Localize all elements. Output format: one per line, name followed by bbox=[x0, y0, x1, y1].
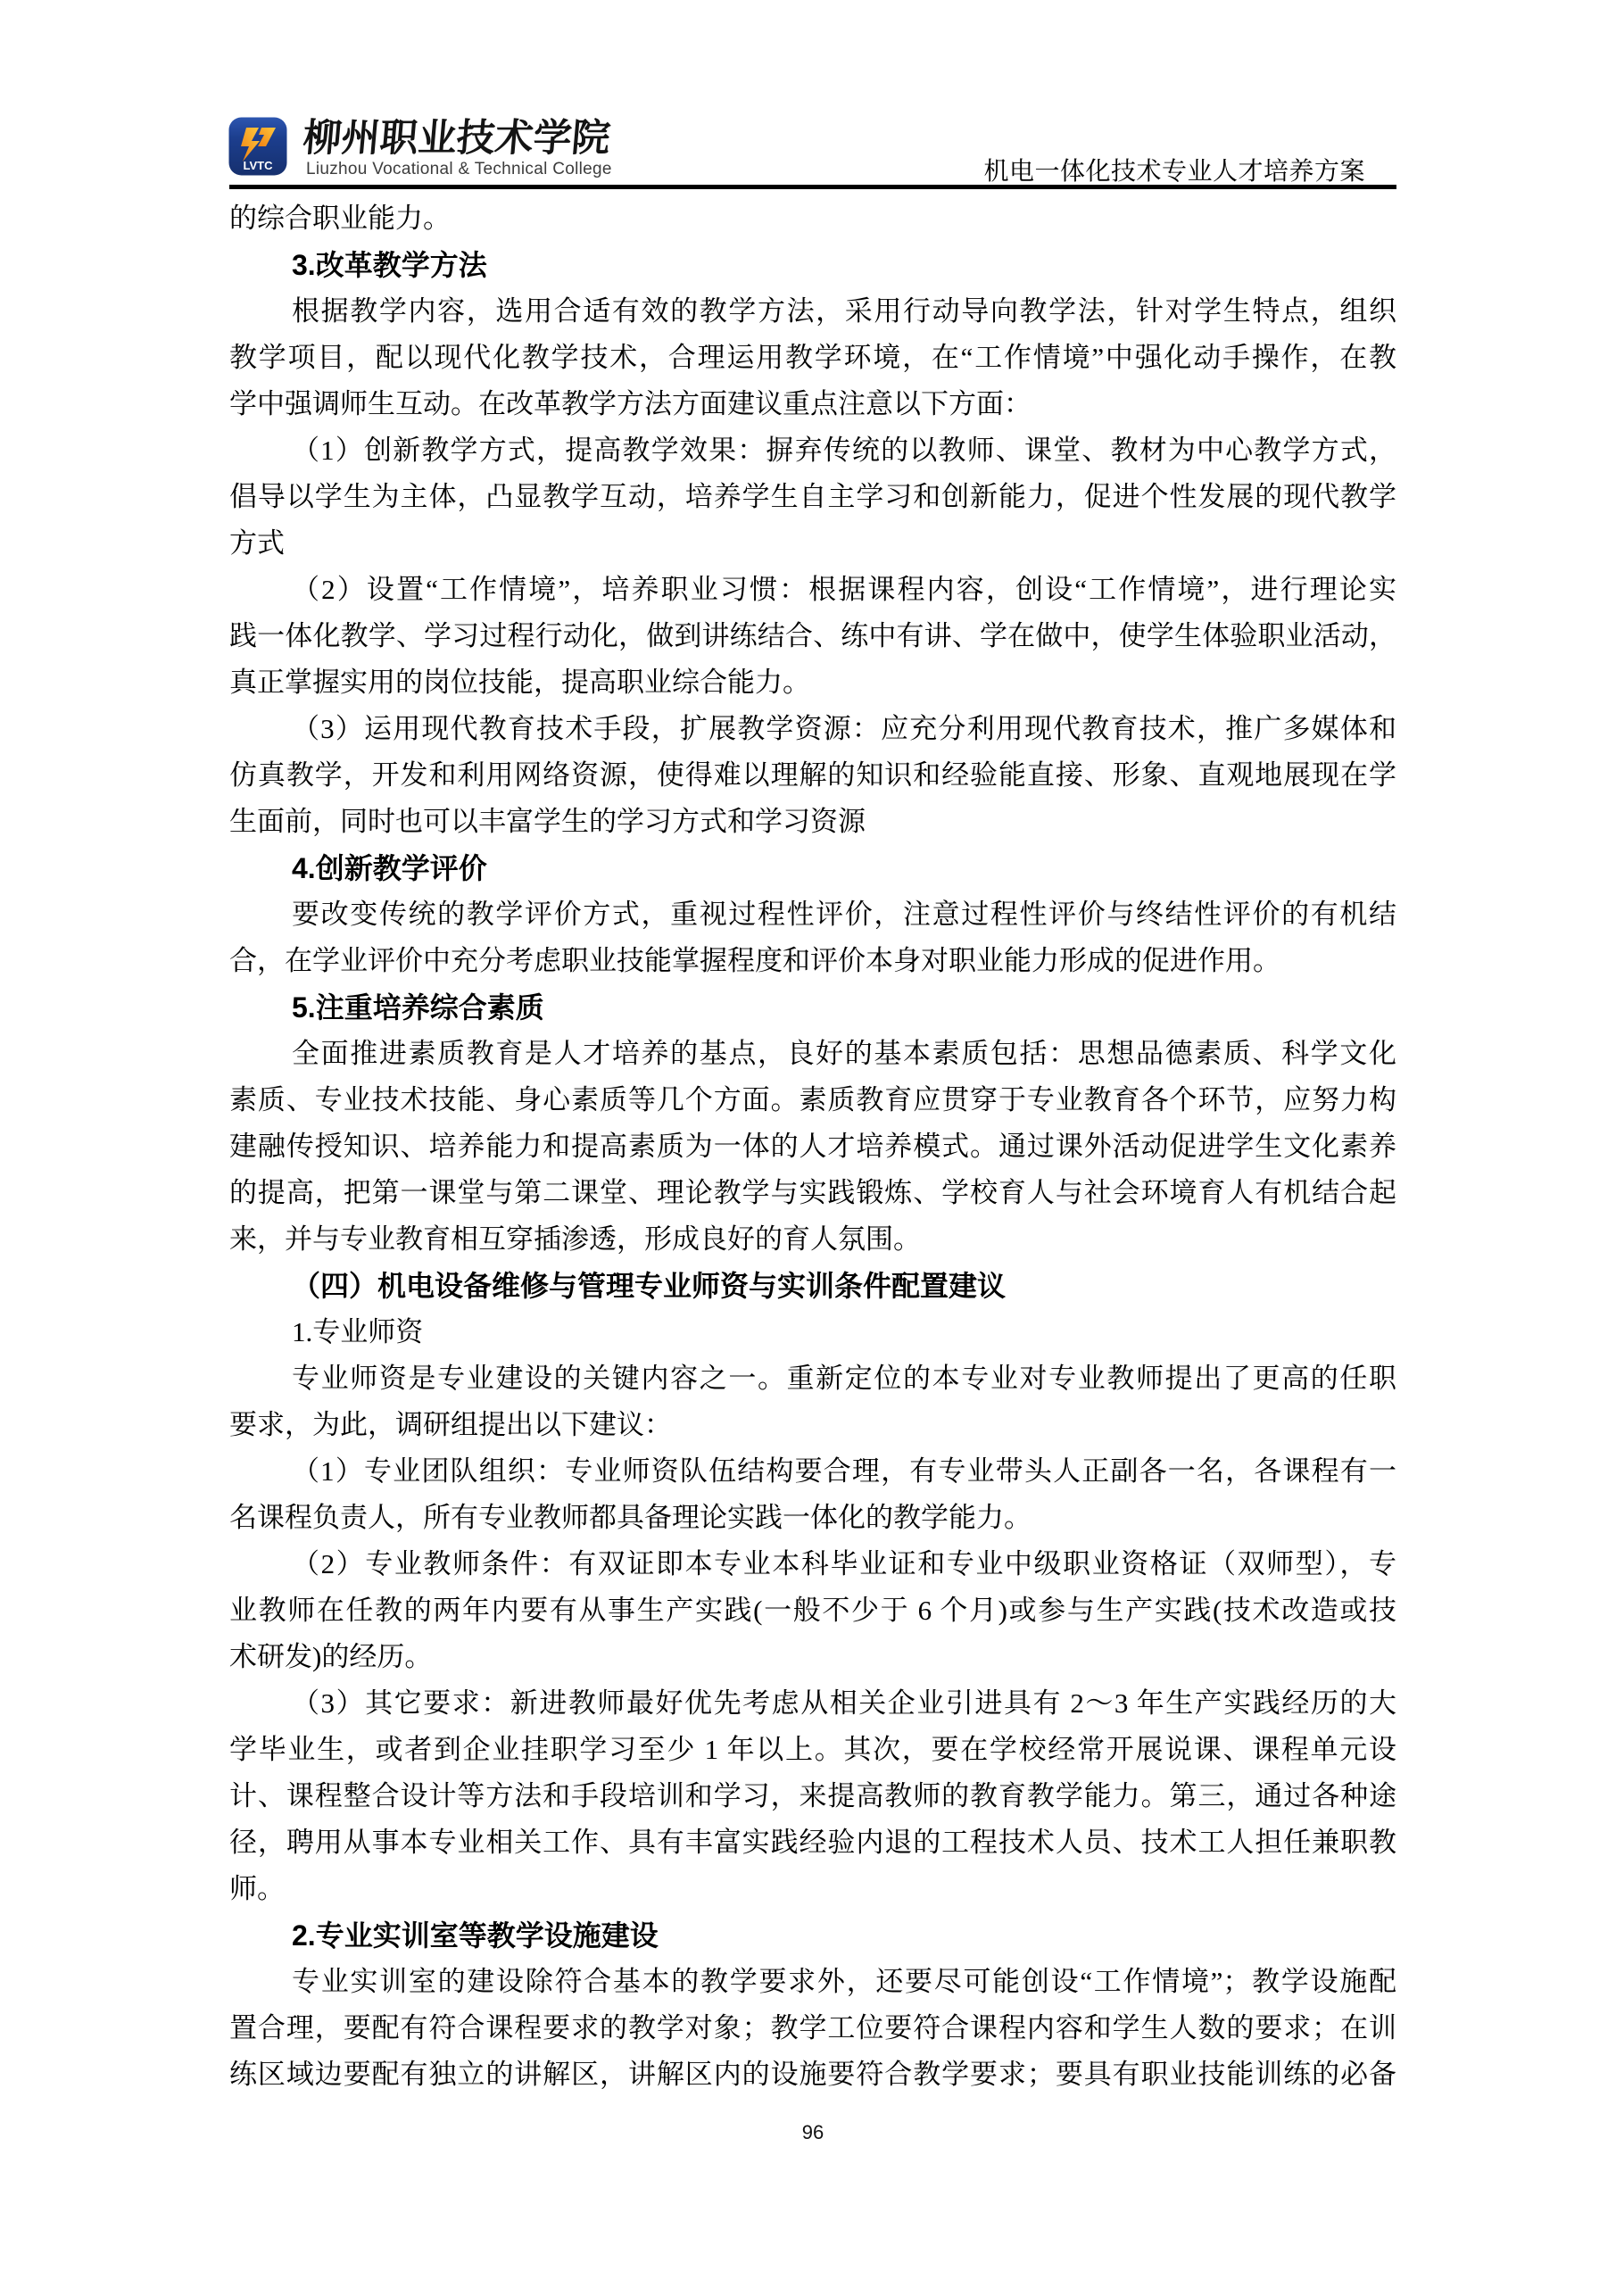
text-line: （3）其它要求：新进教师最好优先考虑从相关企业引进具有 2～3 年生产实践经历的… bbox=[229, 1680, 1396, 1727]
text-line: 术研发)的经历。 bbox=[229, 1634, 1396, 1680]
text-line: 的综合职业能力。 bbox=[229, 195, 1396, 242]
text-line: 真正掌握实用的岗位技能，提高职业综合能力。 bbox=[229, 659, 1396, 706]
text-line: （1）专业团队组织：专业师资队伍结构要合理，有专业带头人正副各一名，各课程有一 bbox=[229, 1448, 1396, 1495]
text-line: 根据教学内容，选用合适有效的教学方法，采用行动导向教学法，针对学生特点，组织 bbox=[229, 288, 1396, 335]
text-line: 建融传授知识、培养能力和提高素质为一体的人才培养模式。通过课外活动促进学生文化素… bbox=[229, 1123, 1396, 1170]
page-number: 96 bbox=[229, 2121, 1396, 2144]
document-body: 的综合职业能力。3.改革教学方法根据教学内容，选用合适有效的教学方法，采用行动导… bbox=[229, 195, 1396, 2098]
text-line: 置合理，要配有符合课程要求的教学对象；教学工位要符合课程内容和学生人数的要求；在… bbox=[229, 2005, 1396, 2051]
text-line: 业教师在任教的两年内要有从事生产实践(一般不少于 6 个月)或参与生产实践(技术… bbox=[229, 1587, 1396, 1634]
text-line: 合，在学业评价中充分考虑职业技能掌握程度和评价本身对职业能力形成的促进作用。 bbox=[229, 938, 1396, 984]
text-line: 倡导以学生为主体，凸显教学互动，培养学生自主学习和创新能力，促进个性发展的现代教… bbox=[229, 474, 1396, 520]
document-page: LVTC 柳州职业技术学院 Liuzhou Vocational & Techn… bbox=[0, 0, 1624, 2296]
text-line: 教学项目，配以现代化教学技术，合理运用教学环境，在“工作情境”中强化动手操作，在… bbox=[229, 335, 1396, 381]
text-line: 专业实训室的建设除符合基本的教学要求外，还要尽可能创设“工作情境”；教学设施配 bbox=[229, 1959, 1396, 2005]
text-line: 练区域边要配有独立的讲解区，讲解区内的设施要符合教学要求；要具有职业技能训练的必… bbox=[229, 2051, 1396, 2098]
text-line: 4.创新教学评价 bbox=[229, 845, 1396, 891]
text-line: 要求，为此，调研组提出以下建议： bbox=[229, 1402, 1396, 1448]
text-line: 践一体化教学、学习过程行动化，做到讲练结合、练中有讲、学在做中，使学生体验职业活… bbox=[229, 613, 1396, 659]
text-line: 3.改革教学方法 bbox=[229, 242, 1396, 288]
text-line: （1）创新教学方式，提高教学效果：摒弃传统的以教师、课堂、教材为中心教学方式， bbox=[229, 427, 1396, 474]
text-line: 要改变传统的教学评价方式，重视过程性评价，注意过程性评价与终结性评价的有机结 bbox=[229, 891, 1396, 938]
text-line: 素质、专业技术技能、身心素质等几个方面。素质教育应贯穿于专业教育各个环节，应努力… bbox=[229, 1077, 1396, 1123]
header-rule bbox=[229, 185, 1396, 189]
text-line: 来，并与专业教育相互穿插渗透，形成良好的育人氛围。 bbox=[229, 1216, 1396, 1263]
text-line: 仿真教学，开发和利用网络资源，使得难以理解的知识和经验能直接、形象、直观地展现在… bbox=[229, 752, 1396, 799]
college-name-cn: 柳州职业技术学院 bbox=[301, 108, 600, 162]
text-line: （3）运用现代教育技术手段，扩展教学资源：应充分利用现代教育技术，推广多媒体和 bbox=[229, 706, 1396, 752]
logo-abbr-text: LVTC bbox=[244, 159, 274, 172]
text-line: 方式 bbox=[229, 520, 1396, 567]
text-line: （2）设置“工作情境”，培养职业习惯：根据课程内容，创设“工作情境”，进行理论实 bbox=[229, 567, 1396, 613]
text-line: 全面推进素质教育是人才培养的基点，良好的基本素质包括：思想品德素质、科学文化 bbox=[229, 1031, 1396, 1077]
text-line: 5.注重培养综合素质 bbox=[229, 984, 1396, 1031]
text-line: 2.专业实训室等教学设施建设 bbox=[229, 1912, 1396, 1959]
text-line: 学毕业生，或者到企业挂职学习至少 1 年以上。其次，要在学校经常开展说课、课程单… bbox=[229, 1727, 1396, 1773]
text-line: 学中强调师生互动。在改革教学方法方面建议重点注意以下方面： bbox=[229, 381, 1396, 427]
text-line: 1.专业师资 bbox=[229, 1309, 1396, 1355]
text-line: 计、课程整合设计等方法和手段培训和学习，来提高教师的教育教学能力。第三，通过各种… bbox=[229, 1773, 1396, 1819]
text-line: 的提高，把第一课堂与第二课堂、理论教学与实践锻炼、学校育人与社会环境育人有机结合… bbox=[229, 1170, 1396, 1216]
text-line: （2）专业教师条件：有双证即本专业本科毕业证和专业中级职业资格证（双师型），专 bbox=[229, 1541, 1396, 1587]
text-line: 名课程负责人，所有专业教师都具备理论实践一体化的教学能力。 bbox=[229, 1495, 1396, 1541]
document-title: 机电一体化技术专业人才培养方案 bbox=[919, 152, 1365, 187]
text-line: （四）机电设备维修与管理专业师资与实训条件配置建议 bbox=[229, 1263, 1396, 1309]
text-line: 径，聘用从事本专业相关工作、具有丰富实践经验内退的工程技术人员、技术工人担任兼职… bbox=[229, 1819, 1396, 1866]
text-line: 专业师资是专业建设的关键内容之一。重新定位的本专业对专业教师提出了更高的任职 bbox=[229, 1355, 1396, 1402]
college-logo: LVTC bbox=[228, 117, 287, 176]
text-line: 生面前，同时也可以丰富学生的学习方式和学习资源 bbox=[229, 799, 1396, 845]
college-name-en: Liuzhou Vocational & Technical College bbox=[306, 160, 612, 179]
text-line: 师。 bbox=[229, 1866, 1396, 1912]
